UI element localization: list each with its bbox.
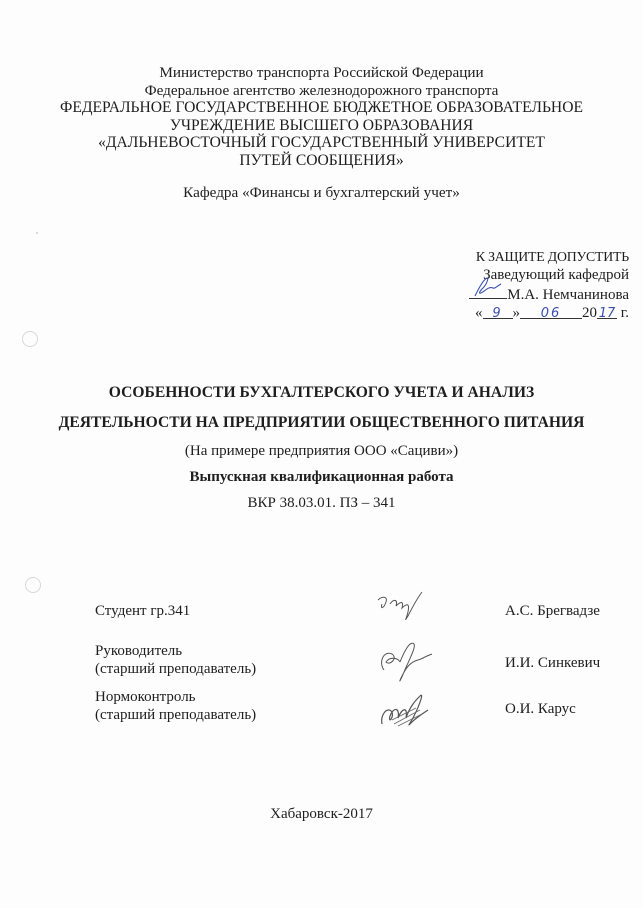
date-day-blank: 9 [483,304,513,319]
header-ministry: Министерство транспорта Российской Федер… [0,64,643,82]
role-title: Руководитель [95,642,256,660]
date-month: 06 [541,306,562,321]
date-open-quote: « [475,305,483,321]
work-type: Выпускная квалификационная работа [0,464,643,490]
date-year-suffix: 17 [599,306,616,321]
institution-header: Министерство транспорта Российской Федер… [0,64,643,170]
approval-signature-line: М.А. Немчанинова [469,284,629,304]
date-year-prefix: 20 [582,305,597,321]
role-label: Студент гр.341 [95,602,190,620]
thesis-title-block: ОСОБЕННОСТИ БУХГАЛТЕРСКОГО УЧЕТА И АНАЛИ… [0,378,643,516]
supervisor-name: И.И. Синкевич [505,654,600,672]
signature-icon [370,632,450,684]
date-year-blank: 17 [597,304,617,319]
title-page: Министерство транспорта Российской Федер… [0,0,643,908]
date-month-blank: 06 [520,304,582,319]
role-title: Нормоконтроль [95,688,256,706]
normcontrol-name: О.И. Карус [505,700,576,718]
role-rank: (старший преподаватель) [95,706,256,724]
punch-hole-mark [25,577,41,593]
department: Кафедра «Финансы и бухгалтерский учет» [0,184,643,202]
thesis-title-line1: ОСОБЕННОСТИ БУХГАЛТЕРСКОГО УЧЕТА И АНАЛИ… [0,378,643,408]
student-name: А.С. Брегвадзе [505,602,600,620]
header-agency: Федеральное агентство железнодорожного т… [0,82,643,100]
role-label: Руководитель (старший преподаватель) [95,642,256,678]
signature-icon [469,276,507,298]
role-rank: (старший преподаватель) [95,660,256,678]
approval-caption: К ЗАЩИТЕ ДОПУСТИТЬ [469,248,629,266]
thesis-subtitle: (На примере предприятия ООО «Сациви») [0,438,643,464]
date-year-mark: г. [621,305,629,321]
date-close-quote: » [513,305,521,321]
approval-date: «9»062017 г. [469,304,629,322]
thesis-title-line2: ДЕЯТЕЛЬНОСТИ НА ПРЕДПРИЯТИИ ОБЩЕСТВЕННОГ… [0,408,643,438]
approval-block: К ЗАЩИТЕ ДОПУСТИТЬ Заведующий кафедрой М… [469,248,629,322]
city-year: Хабаровск-2017 [0,806,643,823]
document-code: ВКР 38.03.01. ПЗ – 341 [0,490,643,516]
signature-icon [370,586,450,638]
header-university-name: «ДАЛЬНЕВОСТОЧНЫЙ ГОСУДАРСТВЕННЫЙ УНИВЕРС… [0,134,643,152]
header-university-name-cont: ПУТЕЙ СООБЩЕНИЯ» [0,152,643,170]
head-signature [469,284,507,299]
head-name: М.А. Немчанинова [507,287,629,303]
role-label: Нормоконтроль (старший преподаватель) [95,688,256,724]
date-day: 9 [492,306,502,321]
scan-speck [36,232,38,234]
header-institution-level: УЧРЕЖДЕНИЕ ВЫСШЕГО ОБРАЗОВАНИЯ [0,117,643,135]
signature-icon [370,684,450,736]
header-institution-type: ФЕДЕРАЛЬНОЕ ГОСУДАРСТВЕННОЕ БЮДЖЕТНОЕ ОБ… [0,99,643,117]
punch-hole-mark [22,331,38,347]
